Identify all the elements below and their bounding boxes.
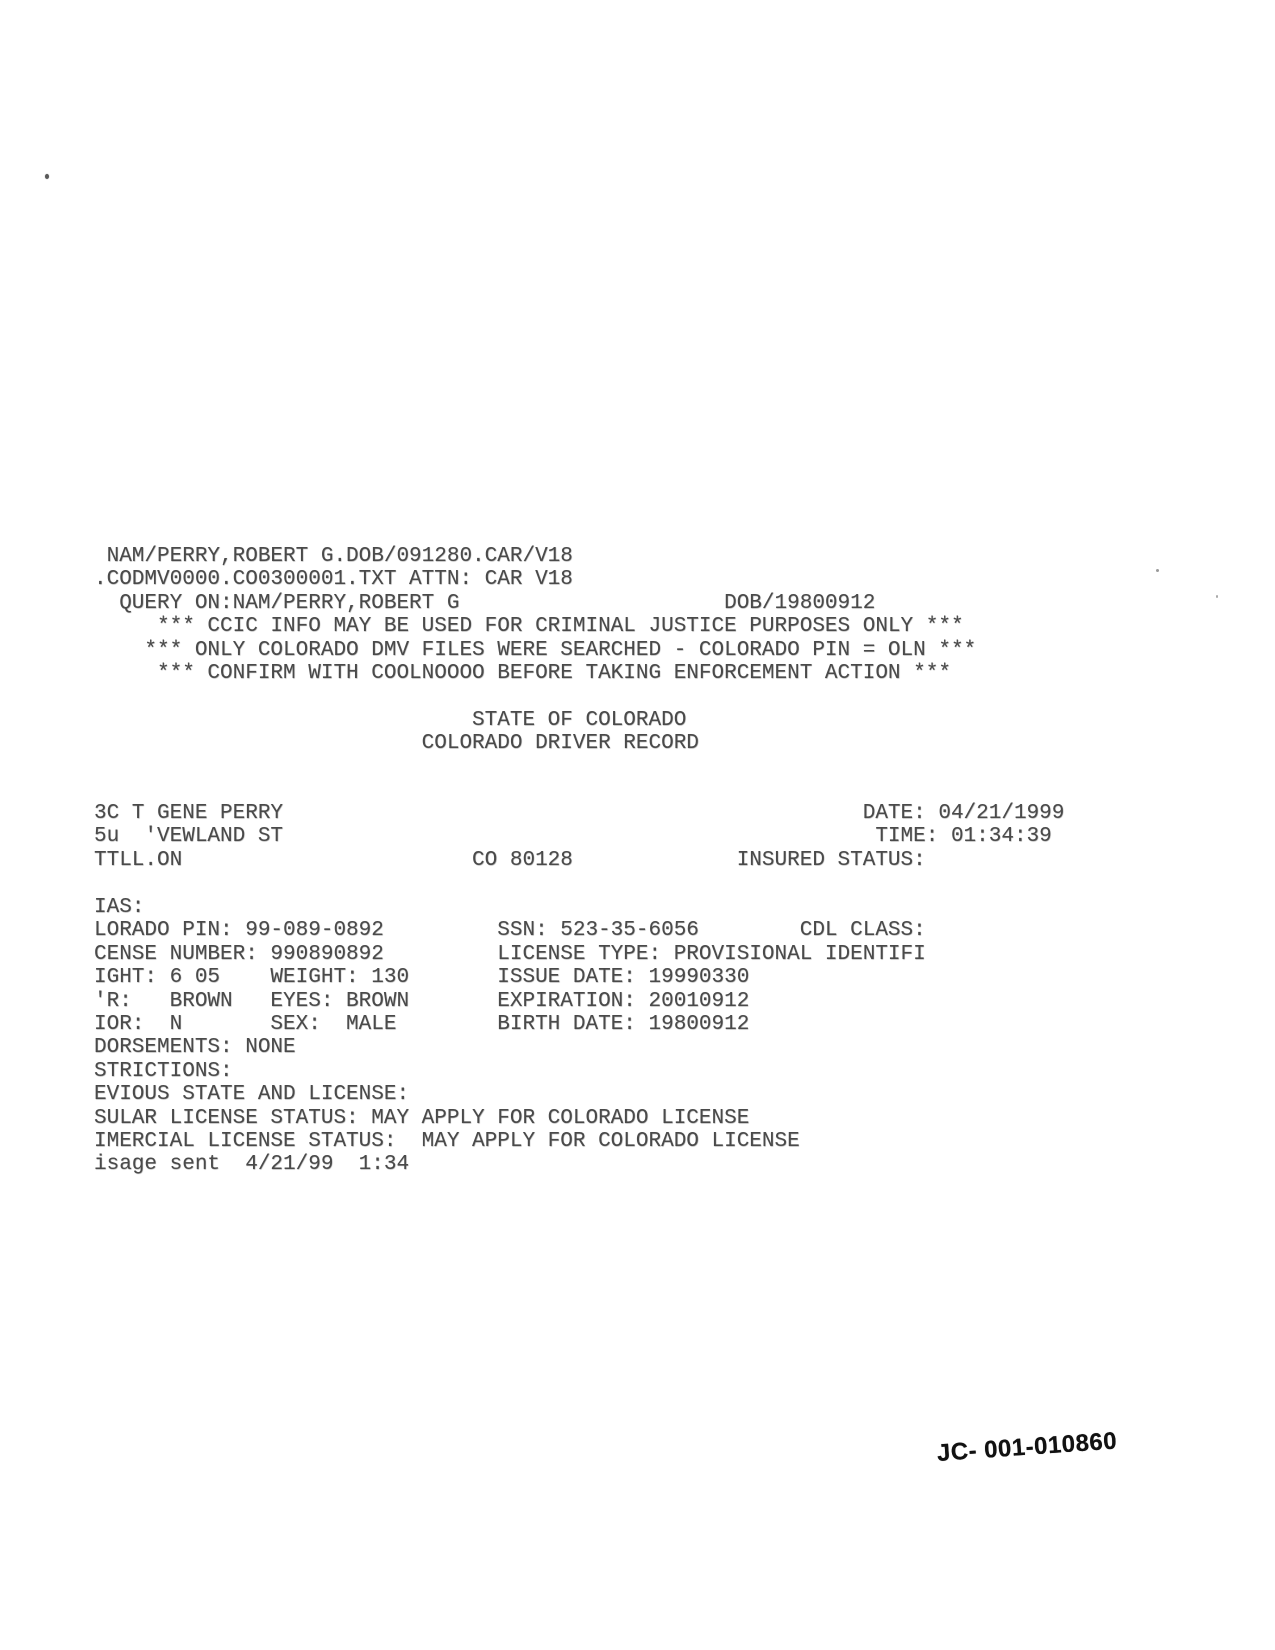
driver-name-address-text: 3C T GENE PERRY DATE: 04/21/1999 5u 'VEW… [94,802,1064,872]
document-title-text: STATE OF COLORADO COLORADO DRIVER RECORD [94,709,699,756]
driver-record-details-text: IAS: LORADO PIN: 99-089-0892 SSN: 523-35… [94,896,926,1177]
scan-speck [45,174,49,179]
bates-stamp: JC- 001-010860 [936,1427,1118,1468]
scan-speck [1216,595,1218,598]
scan-speck [1156,569,1159,572]
ccic-query-header-text: NAM/PERRY,ROBERT G.DOB/091280.CAR/V18 .C… [94,545,976,685]
scanned-driver-record-page: NAM/PERRY,ROBERT G.DOB/091280.CAR/V18 .C… [0,0,1275,1650]
